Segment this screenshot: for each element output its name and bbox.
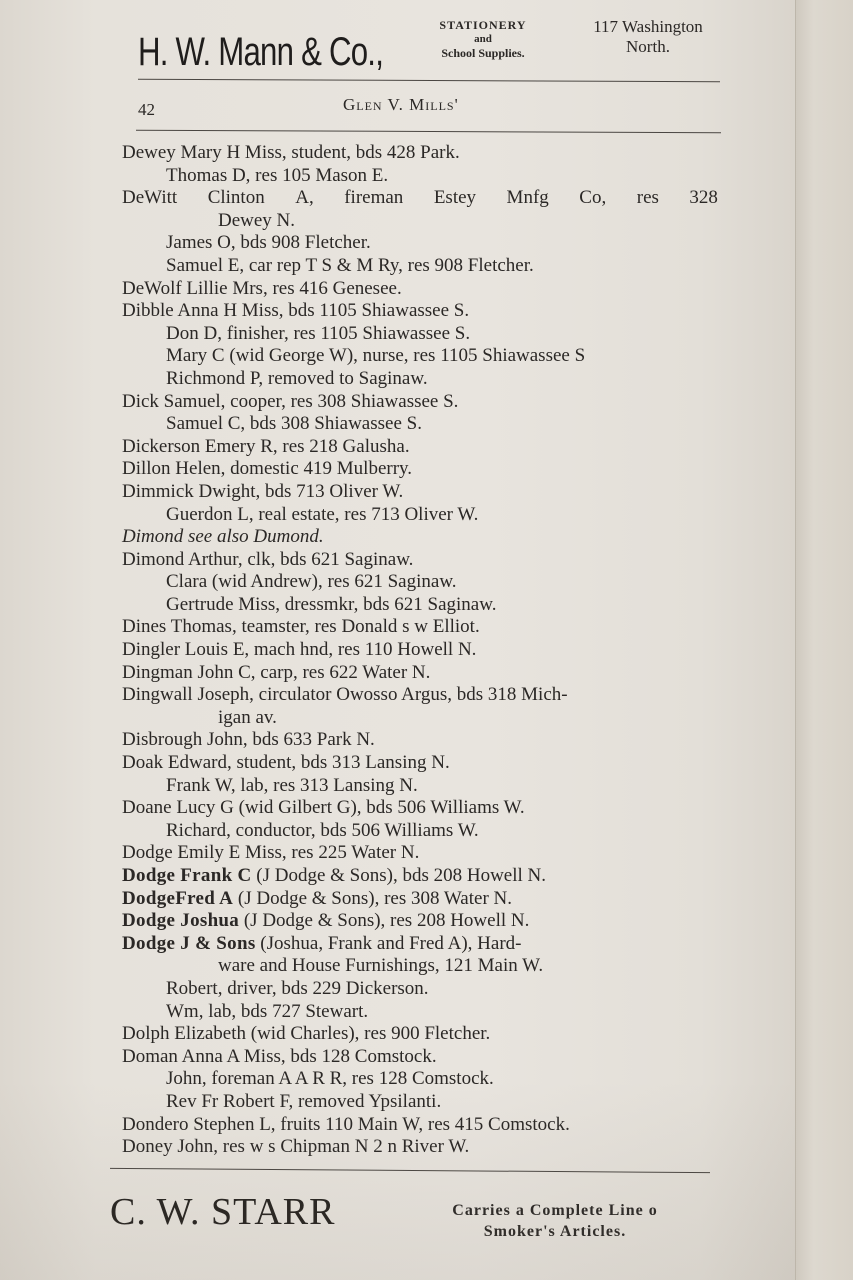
entry-text: Dickerson Emery R, res 218 Galusha. xyxy=(122,436,410,457)
running-head-rule xyxy=(136,130,721,134)
goods-line-2: and xyxy=(413,32,553,46)
goods-line-3: School Supplies. xyxy=(413,46,553,60)
directory-entry: Dimond Arthur, clk, bds 621 Saginaw. xyxy=(122,549,722,572)
running-head: 42 Glen V. Mills' xyxy=(138,92,718,122)
entry-text: Dines Thomas, teamster, res Donald s w E… xyxy=(122,616,480,637)
address-line-2: North. xyxy=(568,37,728,57)
address-line-1: 117 Washington xyxy=(568,17,728,37)
directory-entry: Dodge Emily E Miss, res 225 Water N. xyxy=(122,842,722,865)
entry-text: Dimond Arthur, clk, bds 621 Saginaw. xyxy=(122,549,413,570)
advertiser-tagline: Carries a Complete Line o Smoker's Artic… xyxy=(395,1200,715,1242)
entry-text: Dimond see also Dumond. xyxy=(122,526,324,547)
entry-text: Dick Samuel, cooper, res 308 Shiawassee … xyxy=(122,391,458,412)
entry-word: Estey xyxy=(434,187,476,210)
directory-entry: Disbrough John, bds 633 Park N. xyxy=(122,729,722,752)
entry-text: John, foreman A A R R, res 128 Comstock. xyxy=(166,1068,494,1089)
directory-entry: Dimond see also Dumond. xyxy=(122,526,722,549)
directory-entry: igan av. xyxy=(122,707,722,730)
directory-entry: Don D, finisher, res 1105 Shiawassee S. xyxy=(122,323,722,346)
directory-entry: Dines Thomas, teamster, res Donald s w E… xyxy=(122,616,722,639)
page-number: 42 xyxy=(138,100,155,120)
entry-text: Samuel E, car rep T S & M Ry, res 908 Fl… xyxy=(166,255,534,276)
directory-entry: Mary C (wid George W), nurse, res 1105 S… xyxy=(122,345,722,368)
directory-entry: Doane Lucy G (wid Gilbert G), bds 506 Wi… xyxy=(122,797,722,820)
tagline-line-2: Smoker's Articles. xyxy=(395,1221,715,1242)
directory-entry: Dimmick Dwight, bds 713 Oliver W. xyxy=(122,481,722,504)
directory-entries: Dewey Mary H Miss, student, bds 428 Park… xyxy=(122,142,722,1159)
directory-entry: Doman Anna A Miss, bds 128 Comstock. xyxy=(122,1046,722,1069)
entry-text: Doman Anna A Miss, bds 128 Comstock. xyxy=(122,1046,437,1067)
directory-entry: Dewey Mary H Miss, student, bds 428 Park… xyxy=(122,142,722,165)
entry-text: (J Dodge & Sons), res 208 Howell N. xyxy=(239,910,529,931)
directory-page: H. W. Mann & Co., STATIONERY and School … xyxy=(0,0,795,1280)
directory-entry: Dodge Frank C (J Dodge & Sons), bds 208 … xyxy=(122,865,722,888)
directory-entry: Dickerson Emery R, res 218 Galusha. xyxy=(122,436,722,459)
entry-text: Guerdon L, real estate, res 713 Oliver W… xyxy=(166,504,478,525)
directory-entry: ware and House Furnishings, 121 Main W. xyxy=(122,955,722,978)
entry-text: Richmond P, removed to Saginaw. xyxy=(166,368,428,389)
advertiser-name: C. W. STARR xyxy=(110,1190,335,1234)
directory-entry: Clara (wid Andrew), res 621 Saginaw. xyxy=(122,571,722,594)
directory-entry: Dodge Joshua (J Dodge & Sons), res 208 H… xyxy=(122,910,722,933)
header-advertisement: H. W. Mann & Co., STATIONERY and School … xyxy=(138,12,728,82)
entry-word: DeWitt xyxy=(122,187,177,210)
entry-text: (Joshua, Frank and Fred A), Hard- xyxy=(256,933,522,954)
entry-text: (J Dodge & Sons), bds 208 Howell N. xyxy=(252,865,547,886)
directory-entry: Dingwall Joseph, circulator Owosso Argus… xyxy=(122,684,722,707)
entry-text: Samuel C, bds 308 Shiawassee S. xyxy=(166,413,422,434)
entry-text: Dodge Emily E Miss, res 225 Water N. xyxy=(122,842,419,863)
directory-entry: Gertrude Miss, dressmkr, bds 621 Saginaw… xyxy=(122,594,722,617)
directory-entry: Dillon Helen, domestic 419 Mulberry. xyxy=(122,458,722,481)
entry-word: Clinton xyxy=(208,187,265,210)
directory-entry: Samuel E, car rep T S & M Ry, res 908 Fl… xyxy=(122,255,722,278)
entry-text: Dingler Louis E, mach hnd, res 110 Howel… xyxy=(122,639,476,660)
directory-entry: Dondero Stephen L, fruits 110 Main W, re… xyxy=(122,1114,722,1137)
entry-name-bold: Dodge J & Sons xyxy=(122,933,256,954)
entry-text: ware and House Furnishings, 121 Main W. xyxy=(218,955,543,976)
directory-entry: Frank W, lab, res 313 Lansing N. xyxy=(122,775,722,798)
entry-text: igan av. xyxy=(218,707,277,728)
directory-entry: DeWolf Lillie Mrs, res 416 Genesee. xyxy=(122,278,722,301)
entry-text: Don D, finisher, res 1105 Shiawassee S. xyxy=(166,323,470,344)
entry-text: Dingman John C, carp, res 622 Water N. xyxy=(122,662,430,683)
entry-text: Robert, driver, bds 229 Dickerson. xyxy=(166,978,429,999)
entry-text: Dondero Stephen L, fruits 110 Main W, re… xyxy=(122,1114,570,1135)
directory-entry: Thomas D, res 105 Mason E. xyxy=(122,165,722,188)
footer-rule xyxy=(110,1168,710,1173)
directory-entry: John, foreman A A R R, res 128 Comstock. xyxy=(122,1068,722,1091)
entry-text: Clara (wid Andrew), res 621 Saginaw. xyxy=(166,571,457,592)
entry-word: 328 xyxy=(689,187,718,210)
directory-entry: Samuel C, bds 308 Shiawassee S. xyxy=(122,413,722,436)
entry-name-bold: DodgeFred A xyxy=(122,888,233,909)
entry-text: Dillon Helen, domestic 419 Mulberry. xyxy=(122,458,412,479)
directory-entry: James O, bds 908 Fletcher. xyxy=(122,232,722,255)
entry-text: Dolph Elizabeth (wid Charles), res 900 F… xyxy=(122,1023,490,1044)
running-title: Glen V. Mills' xyxy=(343,95,459,115)
goods-line-1: STATIONERY xyxy=(413,18,553,32)
entry-text: Dibble Anna H Miss, bds 1105 Shiawassee … xyxy=(122,300,469,321)
tagline-line-1: Carries a Complete Line o xyxy=(395,1200,715,1221)
directory-entry: Robert, driver, bds 229 Dickerson. xyxy=(122,978,722,1001)
entry-text: Mary C (wid George W), nurse, res 1105 S… xyxy=(166,345,585,366)
directory-entry: Richard, conductor, bds 506 Williams W. xyxy=(122,820,722,843)
entry-text: Doane Lucy G (wid Gilbert G), bds 506 Wi… xyxy=(122,797,525,818)
directory-entry: Dodge J & Sons (Joshua, Frank and Fred A… xyxy=(122,933,722,956)
advertiser-name: H. W. Mann & Co., xyxy=(138,30,383,75)
directory-entry: Dingman John C, carp, res 622 Water N. xyxy=(122,662,722,685)
entry-text: Dingwall Joseph, circulator Owosso Argus… xyxy=(122,684,568,705)
entry-name-bold: Dodge Frank C xyxy=(122,865,252,886)
entry-text: Thomas D, res 105 Mason E. xyxy=(166,165,388,186)
directory-entry: DodgeFred A (J Dodge & Sons), res 308 Wa… xyxy=(122,888,722,911)
entry-text: Richard, conductor, bds 506 Williams W. xyxy=(166,820,479,841)
entry-word: fireman xyxy=(344,187,403,210)
footer-advertisement: C. W. STARR Carries a Complete Line o Sm… xyxy=(110,1190,710,1250)
entry-text: Frank W, lab, res 313 Lansing N. xyxy=(166,775,418,796)
entry-name-bold: Dodge Joshua xyxy=(122,910,239,931)
directory-entry: Dibble Anna H Miss, bds 1105 Shiawassee … xyxy=(122,300,722,323)
directory-entry: Richmond P, removed to Saginaw. xyxy=(122,368,722,391)
entry-word: A, xyxy=(295,187,313,210)
advertiser-address: 117 Washington North. xyxy=(568,17,728,57)
directory-entry: Dewey N. xyxy=(122,210,722,233)
entry-text: Dimmick Dwight, bds 713 Oliver W. xyxy=(122,481,403,502)
entry-text: Wm, lab, bds 727 Stewart. xyxy=(166,1001,368,1022)
entry-word: Mnfg xyxy=(507,187,549,210)
directory-entry: Rev Fr Robert F, removed Ypsilanti. xyxy=(122,1091,722,1114)
entry-text: (J Dodge & Sons), res 308 Water N. xyxy=(233,888,512,909)
directory-entry: Dick Samuel, cooper, res 308 Shiawassee … xyxy=(122,391,722,414)
entry-text: Doney John, res w s Chipman N 2 n River … xyxy=(122,1136,469,1157)
book-gutter xyxy=(795,0,853,1280)
directory-entry: Doney John, res w s Chipman N 2 n River … xyxy=(122,1136,722,1159)
entry-text: James O, bds 908 Fletcher. xyxy=(166,232,371,253)
directory-entry: DeWittClintonA,firemanEsteyMnfgCo,res328 xyxy=(122,187,718,210)
entry-text: Doak Edward, student, bds 313 Lansing N. xyxy=(122,752,450,773)
directory-entry: Guerdon L, real estate, res 713 Oliver W… xyxy=(122,504,722,527)
advertiser-goods: STATIONERY and School Supplies. xyxy=(413,18,553,60)
entry-text: Dewey N. xyxy=(218,210,295,231)
entry-text: Dewey Mary H Miss, student, bds 428 Park… xyxy=(122,142,460,163)
entry-text: DeWolf Lillie Mrs, res 416 Genesee. xyxy=(122,278,402,299)
entry-text: Gertrude Miss, dressmkr, bds 621 Saginaw… xyxy=(166,594,496,615)
directory-entry: Dolph Elizabeth (wid Charles), res 900 F… xyxy=(122,1023,722,1046)
directory-entry: Dingler Louis E, mach hnd, res 110 Howel… xyxy=(122,639,722,662)
entry-text: Rev Fr Robert F, removed Ypsilanti. xyxy=(166,1091,441,1112)
directory-entry: Wm, lab, bds 727 Stewart. xyxy=(122,1001,722,1024)
directory-entry: Doak Edward, student, bds 313 Lansing N. xyxy=(122,752,722,775)
entry-word: Co, xyxy=(579,187,606,210)
entry-text: Disbrough John, bds 633 Park N. xyxy=(122,729,375,750)
entry-word: res xyxy=(637,187,659,210)
